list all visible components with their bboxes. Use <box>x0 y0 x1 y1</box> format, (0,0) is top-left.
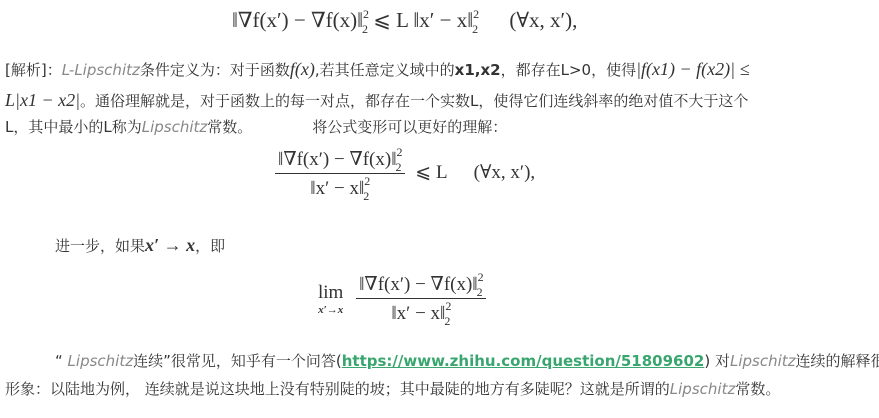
further-step-line: 进一步，如果x′ → x，即 <box>55 234 225 257</box>
term-lipschitz: Lipschitz <box>142 118 208 136</box>
eq2-fraction: ‖∇f(x′) − ∇f(x)‖22 ‖x′ − x‖22 <box>275 148 405 200</box>
eq1-lhs: ‖∇f(x′) − ∇f(x)‖ <box>232 8 363 32</box>
math-lx1x2: L|x1 − x2| <box>5 90 80 110</box>
analysis-line-3: L，其中最小的L称为Lipschitz常数。将公式变形可以更好的理解： <box>5 116 507 138</box>
zhihu-line-2: 形象：以陆地为例， 连续就是说这块地上没有特别陡的坡；其中最陡的地方有多陡呢？这… <box>5 378 780 400</box>
zhihu-question-link[interactable]: https://www.zhihu.com/question/51809602 <box>342 352 705 370</box>
equation-lipschitz-ratio: ‖∇f(x′) − ∇f(x)‖22 ‖x′ − x‖22 ⩽ L (∀x, x… <box>275 148 535 200</box>
analysis-line-1: [解析]：L-Lipschitz条件定义为：对于函数f(x),若其任意定义域中的… <box>5 58 749 81</box>
vars-x1-x2: x1,x2 <box>455 61 501 79</box>
eq2-rel: ⩽ L <box>415 162 447 183</box>
zhihu-line-1: “ Lipschitz连续”很常见，知乎有一个问答(https://www.zh… <box>55 350 879 372</box>
term-l-lipschitz: L-Lipschitz <box>62 61 140 79</box>
eq2-condition: (∀x, x′), <box>474 162 536 183</box>
math-inequality: |f(x1) − f(x2)| ≤ <box>636 59 749 79</box>
eq1-condition: (∀x, x′), <box>509 8 577 32</box>
eq1-rel: ⩽ L ‖x′ − x‖ <box>373 8 473 32</box>
math-fx: f(x) <box>290 59 315 79</box>
eq3-lim: lim x′→x <box>318 282 343 316</box>
eq3-fraction: ‖∇f(x′) − ∇f(x)‖22 ‖x′ − x‖22 <box>356 273 486 325</box>
analysis-line-2: L|x1 − x2|。通俗理解就是，对于函数上的每一对点，都存在一个实数L，使得… <box>5 89 748 112</box>
equation-limit: lim x′→x ‖∇f(x′) − ∇f(x)‖22 ‖x′ − x‖22 <box>318 273 486 325</box>
equation-lipschitz-definition: ‖∇f(x′) − ∇f(x)‖22 ⩽ L ‖x′ − x‖22 (∀x, x… <box>232 8 577 33</box>
math-limit-condition: x′ → x <box>145 235 195 255</box>
analysis-label: [解析]： <box>5 61 62 79</box>
